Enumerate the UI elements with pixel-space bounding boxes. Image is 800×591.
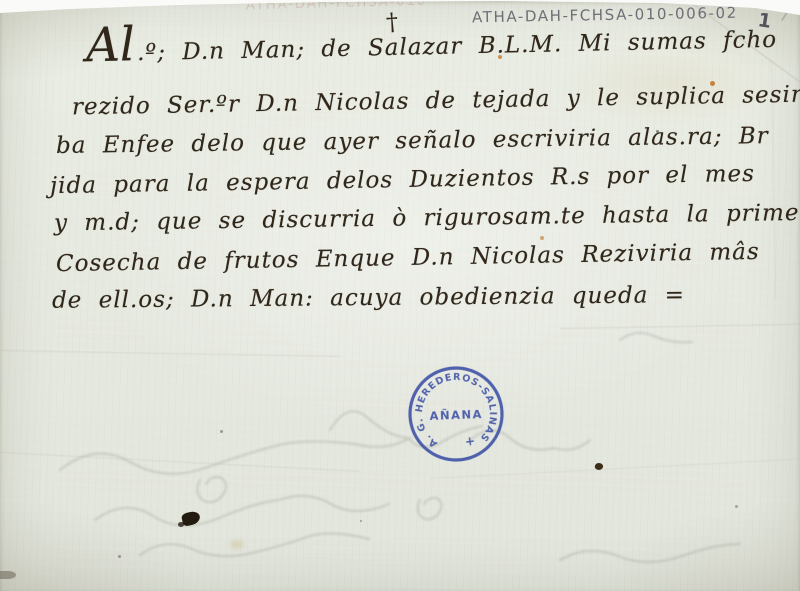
stamp-center-text: AÑANA [429,406,483,423]
paper-speck-1 [656,130,659,133]
stamp-cross-icon: + [464,434,476,449]
ink-blot-satellite [178,522,184,527]
stain-blur-yellow [230,540,244,549]
manuscript-line-1-dropcap: Al [86,45,135,46]
stain-speck-orange-1 [710,81,715,86]
paper-speck-3 [118,555,121,558]
paper-speck-2 [220,430,223,433]
paper-speck-4 [360,520,362,522]
invocation-cross-mark: † [385,8,399,37]
manuscript-paper-sheet: ATHA-DAH-FCHSA-010 ATHA-DAH-FCHSA-010-00… [0,0,800,591]
archive-ownership-stamp: A. G. HEREDEROS-SALINAS AÑANA + [400,358,513,471]
manuscript-line-7: de ell.os; D.n Man: acuya obedienzia que… [52,282,685,314]
stain-speck-orange-2 [498,55,502,59]
stain-speck-orange-3 [540,236,544,240]
edge-smudge-left [0,571,16,579]
paper-speck-5 [735,505,738,508]
